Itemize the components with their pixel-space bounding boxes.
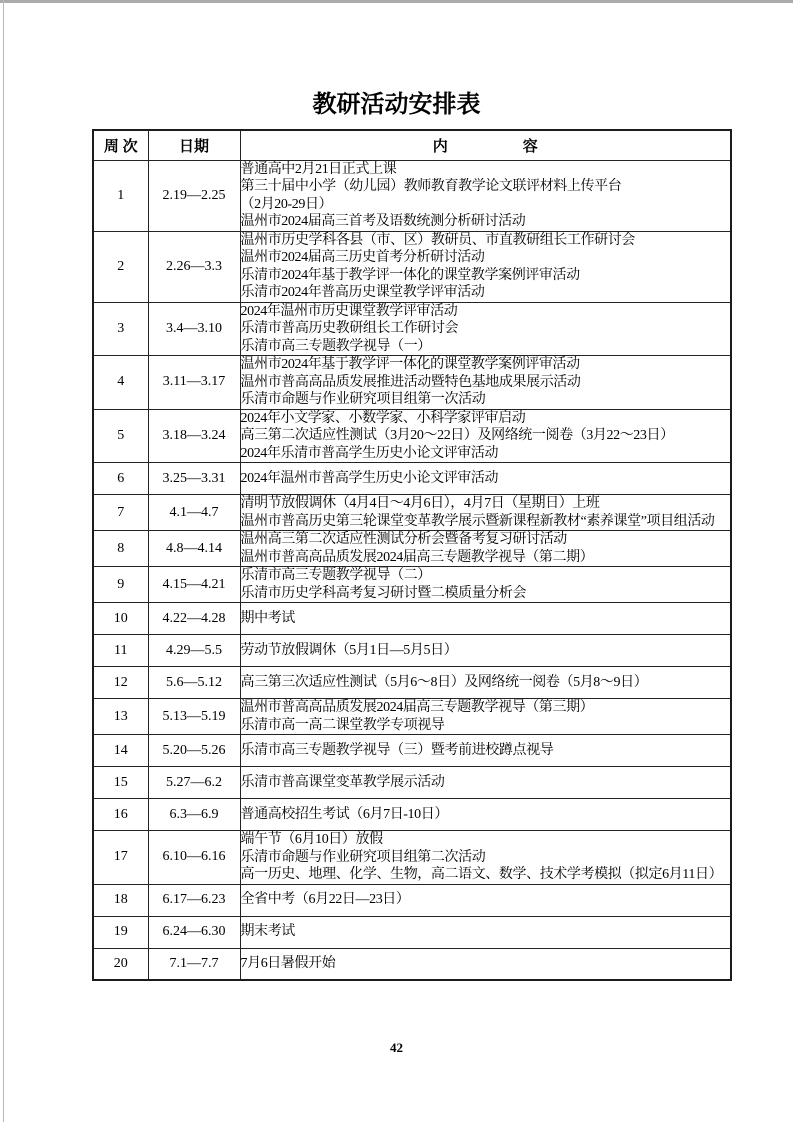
table-row: 135.13—5.19温州市普高高品质发展2024届高三专题教学视导（第三期）乐…	[93, 699, 731, 735]
content-cell: 普通高校招生考试（6月7日-10日）	[240, 799, 731, 831]
content-cell: 劳动节放假调休（5月1日—5月5日）	[240, 635, 731, 667]
content-cell: 2024年温州市历史课堂教学评审活动乐清市普高历史教研组长工作研讨会乐清市高三专…	[240, 302, 731, 356]
content-line: 7月6日暑假开始	[241, 955, 731, 973]
date-cell: 4.8—4.14	[148, 531, 240, 567]
content-cell: 温州市历史学科各县（市、区）教研员、市直教研组长工作研讨会温州市2024届高三历…	[240, 231, 731, 302]
table-row: 22.26—3.3温州市历史学科各县（市、区）教研员、市直教研组长工作研讨会温州…	[93, 231, 731, 302]
content-cell: 乐清市普高课堂变革教学展示活动	[240, 767, 731, 799]
week-cell: 19	[93, 916, 148, 948]
table-row: 104.22—4.28期中考试	[93, 603, 731, 635]
content-line: 乐清市高三专题教学视导（二）	[241, 567, 731, 585]
content-cell: 2024年小文学家、小数学家、小科学家评审启动高三第二次适应性测试（3月20～2…	[240, 409, 731, 463]
content-line: 乐清市历史学科高考复习研讨暨二模质量分析会	[241, 585, 731, 603]
week-cell: 5	[93, 409, 148, 463]
week-cell: 15	[93, 767, 148, 799]
content-cell: 清明节放假调休（4月4日～4月6日），4月7日（星期日）上班温州市普高历史第三轮…	[240, 495, 731, 531]
date-cell: 4.15—4.21	[148, 567, 240, 603]
content-line: 2024年乐清市普高学生历史小论文评审活动	[241, 445, 731, 463]
content-line: 清明节放假调休（4月4日～4月6日），4月7日（星期日）上班	[241, 495, 731, 513]
content-line: 乐清市命题与作业研究项目组第二次活动	[241, 849, 731, 867]
content-line: 乐清市2024年普高历史课堂教学评审活动	[241, 284, 731, 302]
content-line: 第三十届中小学（幼儿园）教师教育教学论文联评材料上传平台	[241, 178, 731, 196]
table-row: 155.27—6.2乐清市普高课堂变革教学展示活动	[93, 767, 731, 799]
content-line: 高三第二次适应性测试（3月20～22日）及网络统一阅卷（3月22～23日）	[241, 427, 731, 445]
table-row: 74.1—4.7清明节放假调休（4月4日～4月6日），4月7日（星期日）上班温州…	[93, 495, 731, 531]
header-date: 日期	[148, 130, 240, 160]
table-row: 12.19—2.25普通高中2月21日正式上课第三十届中小学（幼儿园）教师教育教…	[93, 160, 731, 231]
content-line: 高一历史、地理、化学、生物，高二语文、数学、技术学考模拟（拟定6月11日）	[241, 866, 731, 884]
date-cell: 5.13—5.19	[148, 699, 240, 735]
content-line: 乐清市高三专题教学视导（三）暨考前进校蹲点视导	[241, 742, 731, 760]
table-row: 53.18—3.242024年小文学家、小数学家、小科学家评审启动高三第二次适应…	[93, 409, 731, 463]
date-cell: 2.26—3.3	[148, 231, 240, 302]
date-cell: 2.19—2.25	[148, 160, 240, 231]
content-line: 高三第三次适应性测试（5月6～8日）及网络统一阅卷（5月8～9日）	[241, 674, 731, 692]
date-cell: 6.3—6.9	[148, 799, 240, 831]
schedule-table: 周 次 日期 内 容 12.19—2.25普通高中2月21日正式上课第三十届中小…	[92, 129, 732, 981]
week-cell: 17	[93, 831, 148, 885]
week-cell: 8	[93, 531, 148, 567]
table-row: 176.10—6.16端午节（6月10日）放假乐清市命题与作业研究项目组第二次活…	[93, 831, 731, 885]
content-line: 温州市普高高品质发展2024届高三专题教学视导（第三期）	[241, 699, 731, 717]
table-row: 63.25—3.312024年温州市普高学生历史小论文评审活动	[93, 463, 731, 495]
page-top-edge	[0, 0, 793, 3]
content-line: 温州市普高高品质发展2024届高三专题教学视导（第二期）	[241, 549, 731, 567]
table-row: 94.15—4.21乐清市高三专题教学视导（二）乐清市历史学科高考复习研讨暨二模…	[93, 567, 731, 603]
content-line: 乐清市高一高二课堂教学专项视导	[241, 717, 731, 735]
date-cell: 5.20—5.26	[148, 735, 240, 767]
week-cell: 14	[93, 735, 148, 767]
week-cell: 16	[93, 799, 148, 831]
page-title: 教研活动安排表	[0, 90, 793, 120]
table-row: 186.17—6.23全省中考（6月22日—23日）	[93, 884, 731, 916]
date-cell: 4.22—4.28	[148, 603, 240, 635]
date-cell: 4.1—4.7	[148, 495, 240, 531]
content-cell: 7月6日暑假开始	[240, 948, 731, 980]
header-content: 内 容	[240, 130, 731, 160]
week-cell: 11	[93, 635, 148, 667]
content-line: 乐清市普高课堂变革教学展示活动	[241, 774, 731, 792]
week-cell: 6	[93, 463, 148, 495]
content-line: 全省中考（6月22日—23日）	[241, 891, 731, 909]
date-cell: 3.18—3.24	[148, 409, 240, 463]
content-line: 普通高中2月21日正式上课	[241, 161, 731, 179]
week-cell: 20	[93, 948, 148, 980]
content-line: 乐清市普高历史教研组长工作研讨会	[241, 320, 731, 338]
date-cell: 6.10—6.16	[148, 831, 240, 885]
header-row: 周 次 日期 内 容	[93, 130, 731, 160]
content-line: 端午节（6月10日）放假	[241, 831, 731, 849]
content-line: 温州市普高高品质发展推进活动暨特色基地成果展示活动	[241, 374, 731, 392]
date-cell: 3.25—3.31	[148, 463, 240, 495]
content-cell: 普通高中2月21日正式上课第三十届中小学（幼儿园）教师教育教学论文联评材料上传平…	[240, 160, 731, 231]
content-cell: 温州市2024年基于教学评一体化的课堂教学案例评审活动温州市普高高品质发展推进活…	[240, 356, 731, 410]
table-row: 43.11—3.17温州市2024年基于教学评一体化的课堂教学案例评审活动温州市…	[93, 356, 731, 410]
page-left-edge	[3, 0, 4, 1122]
content-line: 2024年小文学家、小数学家、小科学家评审启动	[241, 410, 731, 428]
week-cell: 3	[93, 302, 148, 356]
content-cell: 期末考试	[240, 916, 731, 948]
header-week: 周 次	[93, 130, 148, 160]
table-row: 84.8—4.14温州高三第二次适应性测试分析会暨备考复习研讨活动温州市普高高品…	[93, 531, 731, 567]
week-cell: 13	[93, 699, 148, 735]
content-cell: 全省中考（6月22日—23日）	[240, 884, 731, 916]
content-cell: 期中考试	[240, 603, 731, 635]
week-cell: 9	[93, 567, 148, 603]
table-row: 145.20—5.26乐清市高三专题教学视导（三）暨考前进校蹲点视导	[93, 735, 731, 767]
date-cell: 6.17—6.23	[148, 884, 240, 916]
date-cell: 5.6—5.12	[148, 667, 240, 699]
week-cell: 12	[93, 667, 148, 699]
content-line: 温州市普高历史第三轮课堂变革教学展示暨新课程新教材“素养课堂”项目组活动	[241, 513, 731, 531]
page-number: 42	[0, 1040, 793, 1056]
week-cell: 18	[93, 884, 148, 916]
content-line: 普通高校招生考试（6月7日-10日）	[241, 806, 731, 824]
content-line: 温州市历史学科各县（市、区）教研员、市直教研组长工作研讨会	[241, 232, 731, 250]
content-line: 乐清市2024年基于教学评一体化的课堂教学案例评审活动	[241, 267, 731, 285]
content-line: 温州市2024届高三首考及语数统测分析研讨活动	[241, 213, 731, 231]
date-cell: 3.11—3.17	[148, 356, 240, 410]
content-line: 期末考试	[241, 923, 731, 941]
content-line: 期中考试	[241, 610, 731, 628]
content-cell: 2024年温州市普高学生历史小论文评审活动	[240, 463, 731, 495]
date-cell: 4.29—5.5	[148, 635, 240, 667]
table-row: 196.24—6.30期末考试	[93, 916, 731, 948]
table-row: 207.1—7.77月6日暑假开始	[93, 948, 731, 980]
table-row: 114.29—5.5劳动节放假调休（5月1日—5月5日）	[93, 635, 731, 667]
week-cell: 10	[93, 603, 148, 635]
content-line: 劳动节放假调休（5月1日—5月5日）	[241, 642, 731, 660]
content-line: （2月20-29日）	[241, 196, 731, 214]
content-line: 2024年温州市历史课堂教学评审活动	[241, 303, 731, 321]
week-cell: 4	[93, 356, 148, 410]
content-line: 2024年温州市普高学生历史小论文评审活动	[241, 470, 731, 488]
table-row: 166.3—6.9普通高校招生考试（6月7日-10日）	[93, 799, 731, 831]
week-cell: 7	[93, 495, 148, 531]
week-cell: 1	[93, 160, 148, 231]
week-cell: 2	[93, 231, 148, 302]
content-cell: 高三第三次适应性测试（5月6～8日）及网络统一阅卷（5月8～9日）	[240, 667, 731, 699]
table-row: 33.4—3.102024年温州市历史课堂教学评审活动乐清市普高历史教研组长工作…	[93, 302, 731, 356]
date-cell: 3.4—3.10	[148, 302, 240, 356]
schedule-table-body: 12.19—2.25普通高中2月21日正式上课第三十届中小学（幼儿园）教师教育教…	[93, 160, 731, 980]
date-cell: 6.24—6.30	[148, 916, 240, 948]
content-cell: 乐清市高三专题教学视导（三）暨考前进校蹲点视导	[240, 735, 731, 767]
content-line: 乐清市高三专题教学视导（一）	[241, 338, 731, 356]
content-line: 温州市2024届高三历史首考分析研讨活动	[241, 249, 731, 267]
content-cell: 温州市普高高品质发展2024届高三专题教学视导（第三期）乐清市高一高二课堂教学专…	[240, 699, 731, 735]
content-cell: 温州高三第二次适应性测试分析会暨备考复习研讨活动温州市普高高品质发展2024届高…	[240, 531, 731, 567]
content-line: 温州高三第二次适应性测试分析会暨备考复习研讨活动	[241, 531, 731, 549]
date-cell: 7.1—7.7	[148, 948, 240, 980]
content-cell: 端午节（6月10日）放假乐清市命题与作业研究项目组第二次活动高一历史、地理、化学…	[240, 831, 731, 885]
table-row: 125.6—5.12高三第三次适应性测试（5月6～8日）及网络统一阅卷（5月8～…	[93, 667, 731, 699]
content-cell: 乐清市高三专题教学视导（二）乐清市历史学科高考复习研讨暨二模质量分析会	[240, 567, 731, 603]
content-line: 乐清市命题与作业研究项目组第一次活动	[241, 391, 731, 409]
date-cell: 5.27—6.2	[148, 767, 240, 799]
content-line: 温州市2024年基于教学评一体化的课堂教学案例评审活动	[241, 356, 731, 374]
